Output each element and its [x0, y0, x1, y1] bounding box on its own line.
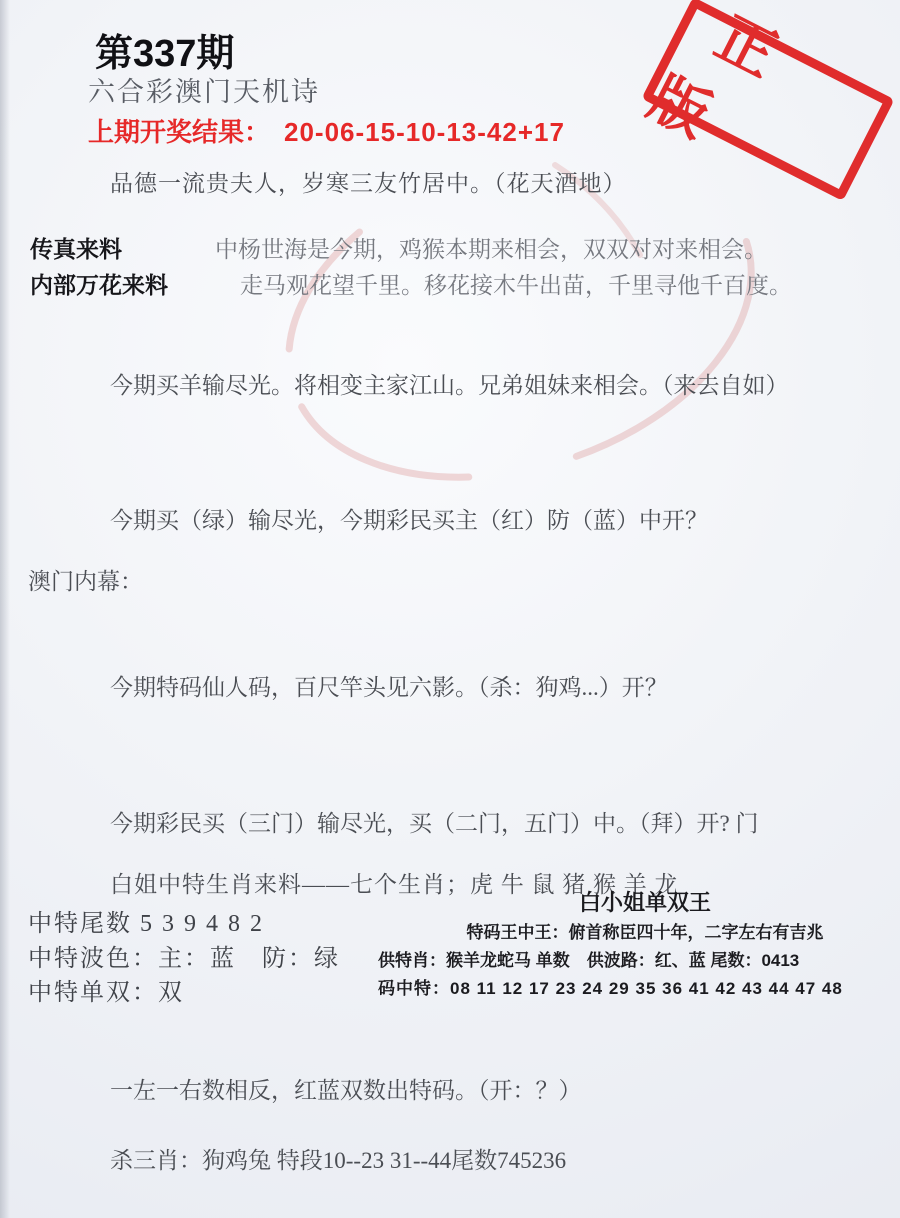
tip-line-immortal-code: 今期特码仙人码，百尺竿头见六影。（杀：狗鸡...）开？ — [110, 669, 668, 702]
special-tail-numbers: 中特尾数 5 3 9 4 8 2 — [28, 903, 264, 938]
special-odd-even: 中特单双：双 — [28, 972, 184, 1007]
issue-title: 第337期 — [95, 22, 234, 77]
page-edge-shadow — [0, 0, 10, 1218]
footer-kill-zodiac-line: 杀三肖：狗鸡兔 特段10--23 31--44尾数745236 — [110, 1142, 566, 1175]
last-draw-numbers: 20-06-15-10-13-42+17 — [284, 117, 565, 147]
tip-line-color: 今期买（绿）输尽光，今期彩民买主（红）防（蓝）中开？ — [110, 502, 708, 535]
white-lady-title: 白小姐单双王 — [375, 886, 900, 917]
sheet-subtitle: 六合彩澳门天机诗 — [88, 70, 320, 109]
internal-source-label: 内部万花来料 — [30, 267, 168, 300]
special-wave-color: 中特波色：主：蓝 防：绿 — [28, 938, 340, 973]
offered-zodiac-line: 供特肖：猴羊龙蛇马 单数 供波路：红、蓝 尾数：0413 — [378, 946, 900, 971]
footer-mirror-line: 一左一右数相反，红蓝双数出特码。（开：？） — [110, 1072, 582, 1105]
tip-line-sheep: 今期买羊输尽光。将相变主家江山。兄弟姐妹来相会。（来去自如） — [110, 367, 789, 400]
fax-source-text: 中杨世海是今期，鸡猴本期来相会，双双对对来相会。 — [215, 231, 767, 264]
last-draw-label: 上期开奖结果： — [88, 117, 270, 147]
poem-line: 品德一流贵夫人，岁寒三友竹居中。（花天酒地） — [110, 165, 627, 198]
authentic-stamp: 正版 — [641, 0, 894, 201]
tip-line-doors: 今期彩民买（三门）输尽光，买（二门，五门）中。（拜）开? 门 — [110, 805, 758, 838]
internal-source-text: 走马观花望千里。移花接木牛出苗，千里寻他千百度。 — [240, 267, 792, 300]
authentic-stamp-text: 正版 — [637, 0, 899, 221]
macau-insider-label: 澳门内幕： — [28, 563, 143, 596]
fax-source-label: 传真来料 — [30, 231, 122, 264]
last-draw-result: 上期开奖结果：20-06-15-10-13-42+17 — [88, 112, 565, 149]
offered-numbers-line: 码中特：08 11 12 17 23 24 29 35 36 41 42 43 … — [378, 974, 900, 999]
special-king-line: 特码王中王：俯首称臣四十年，二字左右有吉兆 — [375, 918, 900, 943]
